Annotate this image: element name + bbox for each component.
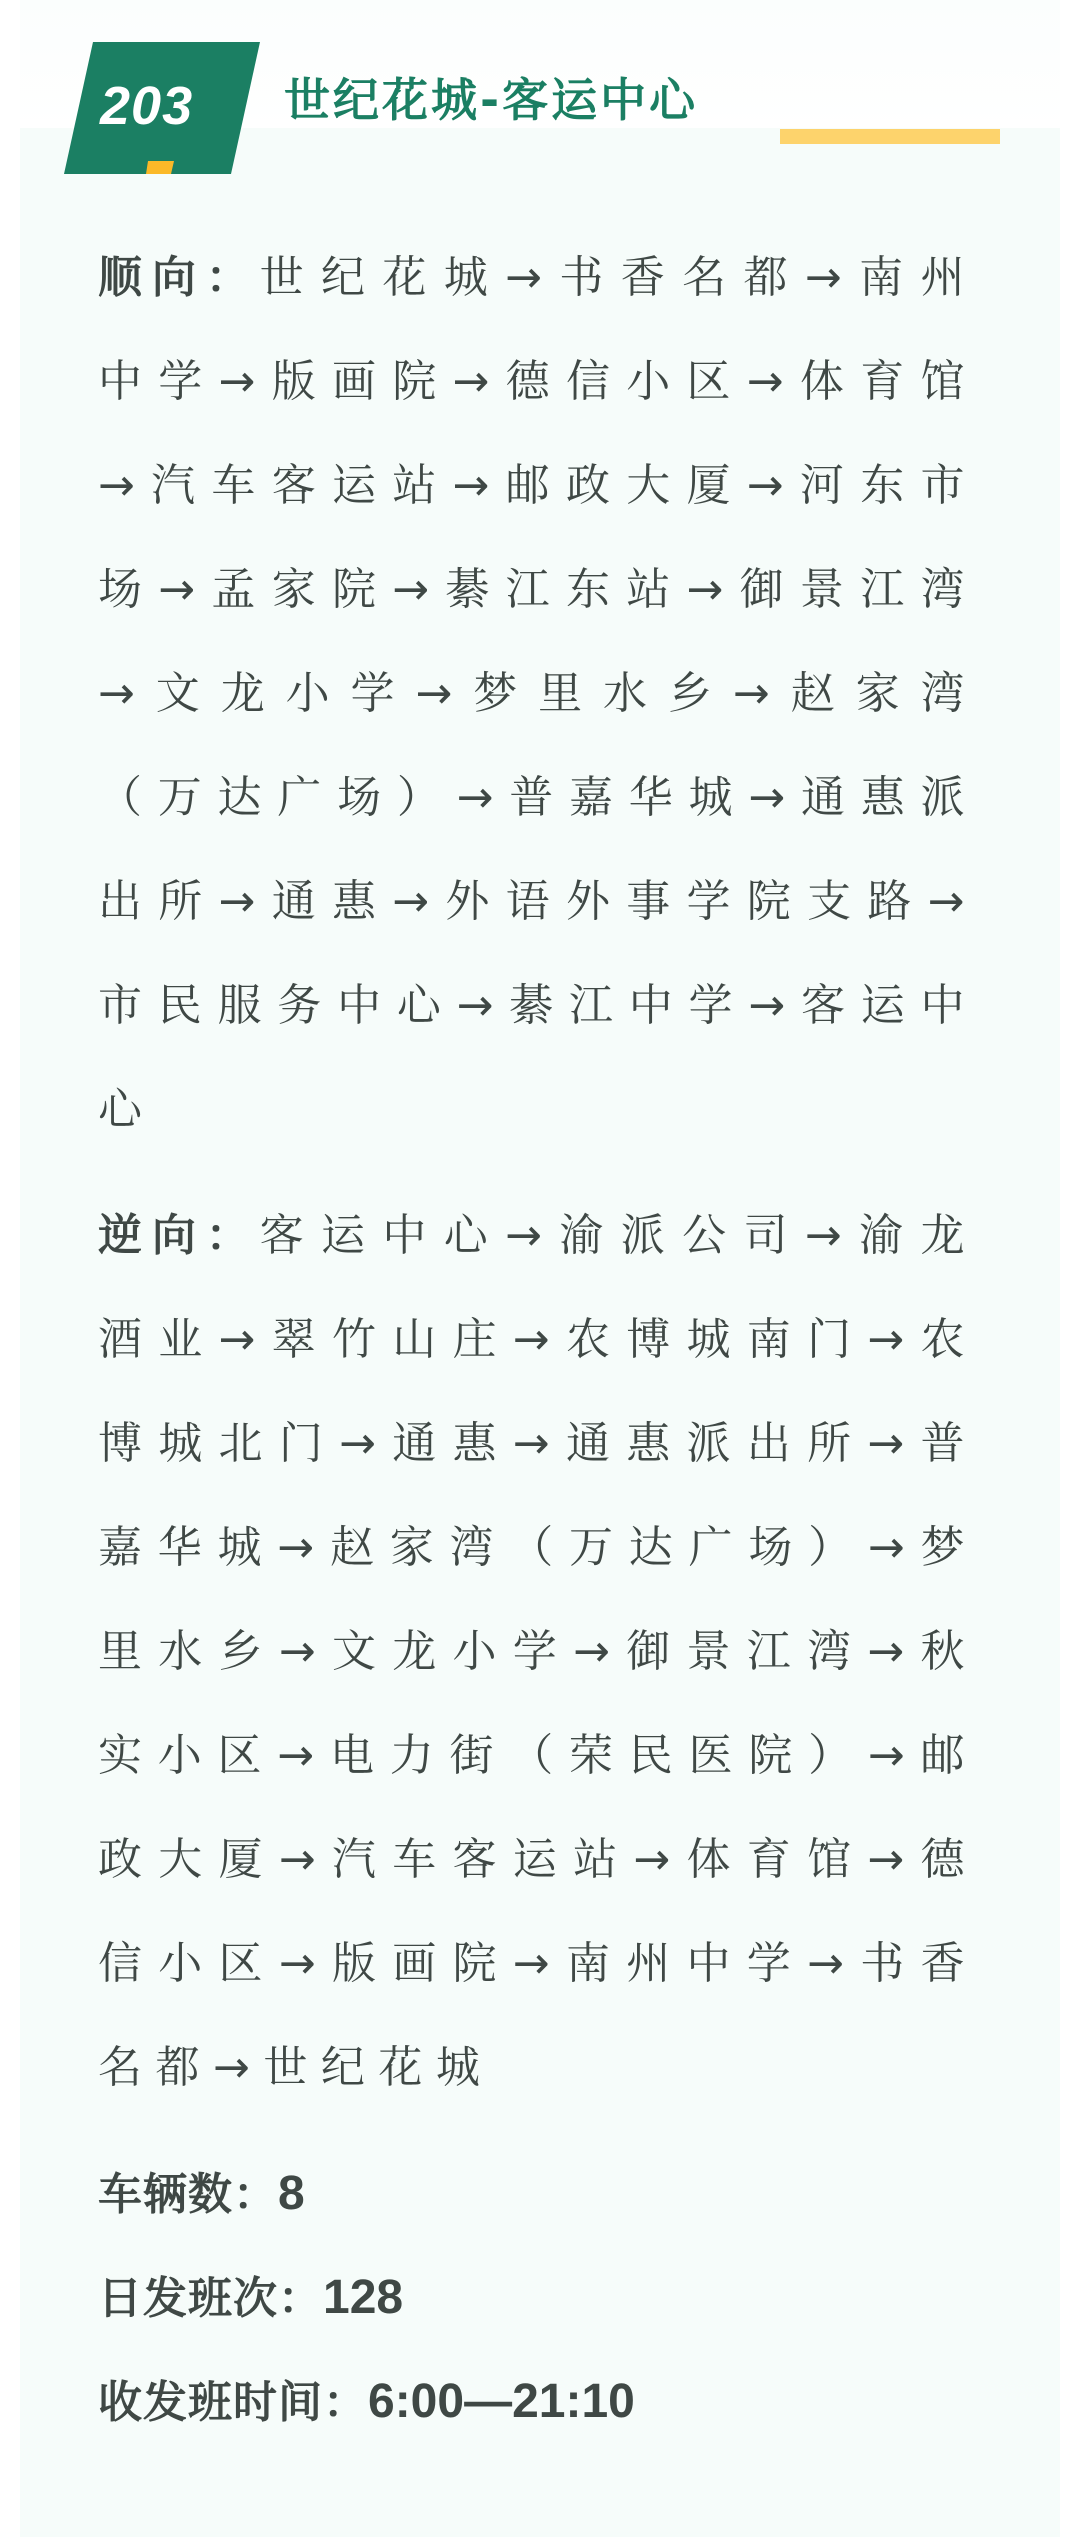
daily-trips-value: 128 [323,2271,403,2324]
title-underline-decoration [780,129,1000,144]
reverse-route: 逆向：客运中心→渝派公司→渝龙酒业→翠竹山庄→农博城南门→农博城北门→通惠→通惠… [98,1184,978,2120]
route-number: 203 [100,76,240,136]
route-number-badge: 203 [64,42,260,174]
vehicle-count-label: 车辆数： [98,2169,278,2220]
forward-route-label: 顺向： [98,252,260,303]
reverse-route-label: 逆向： [98,1210,260,1261]
service-hours-value: 6:00—21:10 [368,2375,635,2428]
vehicle-count-value: 8 [278,2167,305,2220]
service-hours-label: 收发班时间： [98,2377,368,2428]
route-details: 顺向：世纪花城→书香名都→南州中学→版画院→德信小区→体育馆→汽车客运站→邮政大… [98,226,978,2454]
route-stats: 车辆数：8 日发班次：128 收发班时间：6:00—21:10 [98,2142,978,2454]
forward-route-stops: 世纪花城→书香名都→南州中学→版画院→德信小区→体育馆→汽车客运站→邮政大厦→河… [98,252,978,1135]
vehicle-count: 车辆数：8 [98,2142,978,2246]
service-hours: 收发班时间：6:00—21:10 [98,2350,978,2454]
forward-route: 顺向：世纪花城→书香名都→南州中学→版画院→德信小区→体育馆→汽车客运站→邮政大… [98,226,978,1162]
route-title: 世纪花城-客运中心 [284,70,698,130]
daily-trips: 日发班次：128 [98,2246,978,2350]
reverse-route-stops: 客运中心→渝派公司→渝龙酒业→翠竹山庄→农博城南门→农博城北门→通惠→通惠派出所… [98,1210,978,2093]
daily-trips-label: 日发班次： [98,2273,323,2324]
